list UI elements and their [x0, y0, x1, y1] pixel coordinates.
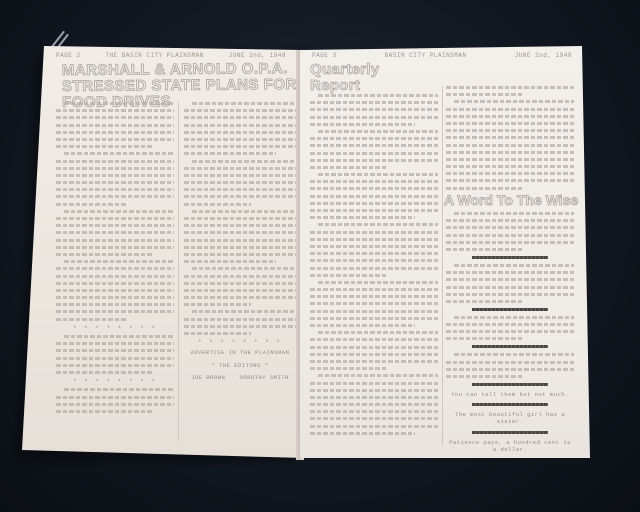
saying-rule — [472, 383, 549, 386]
left-closing-divider: * * * * * * * * — [184, 339, 296, 346]
left-page: PAGE 2 THE BASIN CITY PLAINSMAN JUNE 2nd… — [22, 46, 304, 458]
left-closing-line-1: ADVERTISE IN THE PLAINSMAN — [184, 349, 296, 356]
saying-rule — [472, 431, 549, 434]
left-running-head: PAGE 2 THE BASIN CITY PLAINSMAN JUNE 2nd… — [56, 52, 286, 59]
signature-left: JOE BROWN — [191, 374, 225, 381]
right-column-2-lower: You can tell them but not much. The most… — [446, 212, 574, 458]
saying-rule — [472, 308, 549, 311]
left-divider-1: * * * * * * * * — [56, 325, 174, 332]
left-column-1: * * * * * * * * * * * * * * * * — [56, 102, 174, 417]
right-subhead: A Word To The Wise — [444, 192, 584, 208]
right-column-1 — [310, 82, 438, 439]
saying-rule — [472, 403, 549, 406]
right-column-divider — [442, 86, 443, 446]
left-closing-line-2: * THE EDITORS * — [184, 362, 296, 369]
saying-1: You can tell them but not much. — [446, 391, 574, 398]
right-paper-name: BASIN CITY PLAINSMAN — [385, 52, 467, 59]
saying-rule — [472, 256, 549, 259]
saying-3: Patience pays, a hundred cent is a dolla… — [446, 439, 574, 453]
left-signatures: JOE BROWN DOROTHY SMITH — [184, 374, 296, 381]
right-date: JUNE 2nd, 1948 — [515, 52, 572, 59]
left-divider-2: * * * * * * * * — [56, 378, 174, 385]
signature-right: DOROTHY SMITH — [239, 374, 288, 381]
left-page-number: PAGE 2 — [56, 52, 81, 59]
left-date: JUNE 2nd, 1948 — [229, 52, 286, 59]
right-page: PAGE 3 BASIN CITY PLAINSMAN JUNE 2nd, 19… — [300, 46, 590, 458]
left-paper-name: THE BASIN CITY PLAINSMAN — [105, 52, 203, 59]
saying-2: The most beautiful girl has a sister. — [446, 411, 574, 425]
saying-rule — [472, 345, 549, 348]
left-column-divider — [178, 102, 179, 442]
right-page-number: PAGE 3 — [312, 52, 337, 59]
right-column-2 — [446, 86, 574, 194]
left-column-2: * * * * * * * * ADVERTISE IN THE PLAINSM… — [184, 102, 296, 386]
right-running-head: PAGE 3 BASIN CITY PLAINSMAN JUNE 2nd, 19… — [312, 52, 572, 59]
